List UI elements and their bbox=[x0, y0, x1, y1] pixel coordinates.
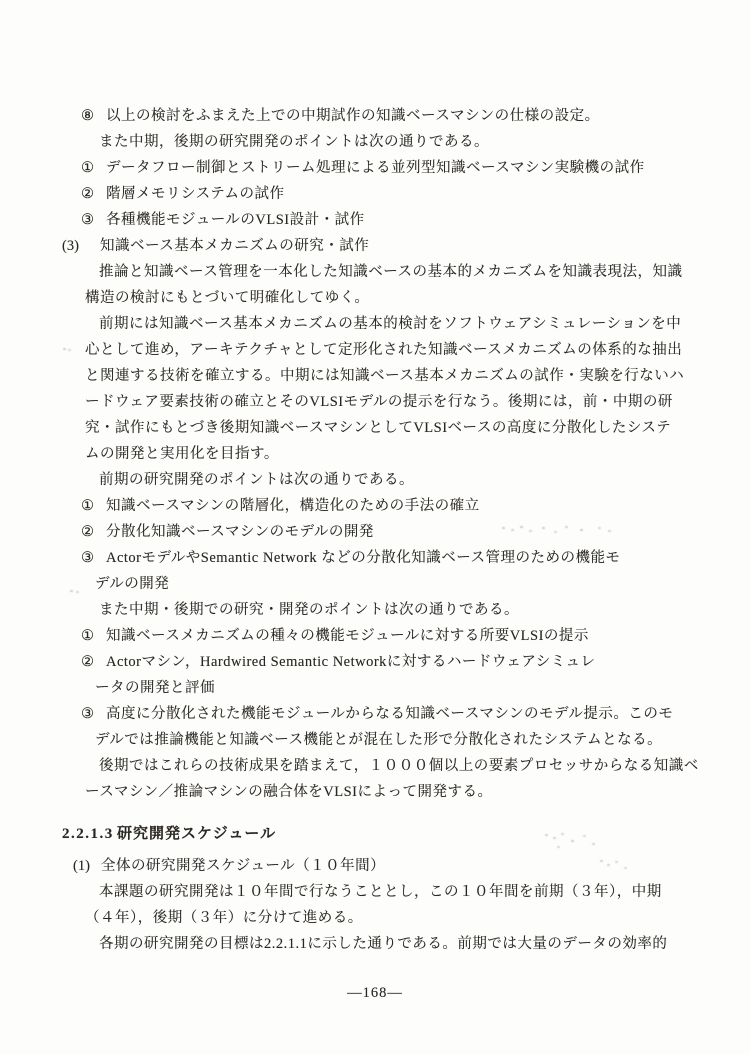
scan-artifact bbox=[63, 348, 66, 350]
line-text: デルの開発 bbox=[95, 576, 169, 592]
text-line: 前期には知識ベース基本メカニズムの基本的検討をソフトウェアシミュレーションを中 bbox=[0, 311, 750, 337]
list-item: ②Actorマシン，Hardwired Semantic Networkに対する… bbox=[0, 649, 750, 675]
text-line: ースマシン／推論マシンの融合体をVLSIによって開発する。 bbox=[0, 779, 750, 805]
line-text: ードウェア要素技術の確立とそのVLSIモデルの提示を行なう。後期には，前・中期の… bbox=[85, 394, 673, 410]
text-line: 構造の検討にもとづいて明確化してゆく。 bbox=[0, 285, 750, 311]
scan-artifact bbox=[600, 860, 603, 862]
line-text: 各種機能モジュールのVLSI設計・試作 bbox=[106, 212, 365, 228]
line-text: 推論と知識ベース管理を一本化した知識ベースの基本的メカニズムを知識表現法，知識 bbox=[99, 264, 683, 280]
line-text: 心として進め，アーキテクチャとして定形化された知識ベースメカニズムの体系的な抽出 bbox=[85, 342, 682, 358]
circled-number-marker: ② bbox=[81, 181, 106, 207]
scan-artifact bbox=[70, 590, 73, 592]
line-text: デルでは推論機能と知識ベース機能とが混在した形で分散化されたシステムとなる。 bbox=[95, 732, 662, 748]
text-line: 心として進め，アーキテクチャとして定形化された知識ベースメカニズムの体系的な抽出 bbox=[0, 337, 750, 363]
circled-number-marker: ⑧ bbox=[81, 103, 106, 129]
text-line: また中期・後期での研究・開発のポイントは次の通りである。 bbox=[0, 597, 750, 623]
scanned-document-page: ⑧以上の検討をふまえた上での中期試作の知識ベースマシンの仕様の設定。 また中期，… bbox=[0, 0, 750, 1054]
text-line: と関連する技術を確立する。中期には知識ベース基本メカニズムの試作・実験を行ないハ bbox=[0, 363, 750, 389]
list-item: (3)知識ベース基本メカニズムの研究・試作 bbox=[0, 233, 750, 259]
line-text: 分散化知識ベースマシンのモデルの開発 bbox=[106, 524, 374, 540]
line-text: 前期には知識ベース基本メカニズムの基本的検討をソフトウェアシミュレーションを中 bbox=[99, 316, 681, 332]
line-text: 階層メモリシステムの試作 bbox=[106, 186, 285, 202]
section-title: 研究開発スケジュール bbox=[117, 826, 276, 842]
line-text: 後期ではこれらの技術成果を踏まえて，１０００個以上の要素プロセッサからなる知識ベ bbox=[99, 758, 699, 774]
line-text: 知識ベース基本メカニズムの研究・試作 bbox=[100, 238, 369, 254]
text-line: 究・試作にもとづき後期知識ベースマシンとしてVLSIベースの高度に分散化したシス… bbox=[0, 415, 750, 441]
page-number: —168— bbox=[0, 985, 750, 1002]
line-text: ータの開発と評価 bbox=[95, 680, 215, 696]
section-heading: 2.2.1.3研究開発スケジュール bbox=[0, 821, 750, 847]
line-text: 知識ベースメカニズムの種々の機能モジュールに対する所要VLSIの提示 bbox=[106, 628, 589, 644]
list-item: ①知識ベースマシンの階層化，構造化のための手法の確立 bbox=[0, 493, 750, 519]
line-text: Actorマシン，Hardwired Semantic Networkに対するハ… bbox=[106, 654, 595, 670]
list-item: ①知識ベースメカニズムの種々の機能モジュールに対する所要VLSIの提示 bbox=[0, 623, 750, 649]
list-item: ③ActorモデルやSemantic Network などの分散化知識ベース管理… bbox=[0, 545, 750, 571]
circled-number-marker: ① bbox=[81, 155, 106, 181]
text-line: 推論と知識ベース管理を一本化した知識ベースの基本的メカニズムを知識表現法，知識 bbox=[0, 259, 750, 285]
line-text: （４年），後期（３年）に分けて進める。 bbox=[85, 910, 363, 926]
line-text: 究・試作にもとづき後期知識ベースマシンとしてVLSIベースの高度に分散化したシス… bbox=[85, 420, 671, 436]
list-item: ①データフロー制御とストリーム処理による並列型知識ベースマシン実験機の試作 bbox=[0, 155, 750, 181]
text-line: 後期ではこれらの技術成果を踏まえて，１０００個以上の要素プロセッサからなる知識ベ bbox=[0, 753, 750, 779]
scan-artifact bbox=[545, 834, 548, 836]
text-line: ータの開発と評価 bbox=[0, 675, 750, 701]
circled-number-marker: ③ bbox=[81, 207, 106, 233]
circled-number-marker: ② bbox=[81, 519, 106, 545]
text-line: ードウェア要素技術の確立とそのVLSIモデルの提示を行なう。後期には，前・中期の… bbox=[0, 389, 750, 415]
paren-number-marker: (3) bbox=[62, 233, 100, 259]
document-body: ⑧以上の検討をふまえた上での中期試作の知識ベースマシンの仕様の設定。 また中期，… bbox=[0, 0, 750, 1002]
line-text: ムの開発と実用化を目指す。 bbox=[85, 446, 279, 462]
list-item: ②階層メモリシステムの試作 bbox=[0, 181, 750, 207]
section-number: 2.2.1.3 bbox=[62, 821, 117, 847]
scan-artifact bbox=[502, 527, 505, 529]
text-line: デルでは推論機能と知識ベース機能とが混在した形で分散化されたシステムとなる。 bbox=[0, 727, 750, 753]
line-text: また中期，後期の研究開発のポイントは次の通りである。 bbox=[99, 134, 489, 150]
list-item: (1)全体の研究開発スケジュール（１０年間） bbox=[0, 853, 750, 879]
list-item: ②分散化知識ベースマシンのモデルの開発 bbox=[0, 519, 750, 545]
list-item: ③高度に分散化された機能モジュールからなる知識ベースマシンのモデル提示。このモ bbox=[0, 701, 750, 727]
text-line: 本課題の研究開発は１０年間で行なうこととし，この１０年間を前期（３年），中期 bbox=[0, 879, 750, 905]
line-text: 前期の研究開発のポイントは次の通りである。 bbox=[99, 472, 414, 488]
text-line: ムの開発と実用化を目指す。 bbox=[0, 441, 750, 467]
line-text: 高度に分散化された機能モジュールからなる知識ベースマシンのモデル提示。このモ bbox=[106, 706, 673, 722]
list-item: ③各種機能モジュールのVLSI設計・試作 bbox=[0, 207, 750, 233]
circled-number-marker: ① bbox=[81, 493, 106, 519]
circled-number-marker: ② bbox=[81, 649, 106, 675]
circled-number-marker: ③ bbox=[81, 545, 106, 571]
text-line: また中期，後期の研究開発のポイントは次の通りである。 bbox=[0, 129, 750, 155]
circled-number-marker: ③ bbox=[81, 701, 106, 727]
paren-number-marker: (1) bbox=[73, 853, 101, 879]
circled-number-marker: ① bbox=[81, 623, 106, 649]
line-text: 構造の検討にもとづいて明確化してゆく。 bbox=[85, 290, 369, 306]
text-line: 各期の研究開発の目標は2.2.1.1に示した通りである。前期では大量のデータの効… bbox=[0, 931, 750, 957]
line-text: 本課題の研究開発は１０年間で行なうこととし，この１０年間を前期（３年），中期 bbox=[99, 884, 662, 900]
text-line: 前期の研究開発のポイントは次の通りである。 bbox=[0, 467, 750, 493]
line-text: 知識ベースマシンの階層化，構造化のための手法の確立 bbox=[106, 498, 480, 514]
line-text: 以上の検討をふまえた上での中期試作の知識ベースマシンの仕様の設定。 bbox=[106, 108, 600, 124]
line-text: 全体の研究開発スケジュール（１０年間） bbox=[101, 858, 385, 874]
line-text: ActorモデルやSemantic Network などの分散化知識ベース管理の… bbox=[106, 550, 621, 566]
line-text: 各期の研究開発の目標は2.2.1.1に示した通りである。前期では大量のデータの効… bbox=[99, 936, 667, 952]
line-text: ースマシン／推論マシンの融合体をVLSIによって開発する。 bbox=[85, 784, 492, 800]
line-text: また中期・後期での研究・開発のポイントは次の通りである。 bbox=[99, 602, 519, 618]
line-text: と関連する技術を確立する。中期には知識ベース基本メカニズムの試作・実験を行ないハ bbox=[85, 368, 684, 384]
line-text: データフロー制御とストリーム処理による並列型知識ベースマシン実験機の試作 bbox=[106, 160, 645, 176]
list-item: ⑧以上の検討をふまえた上での中期試作の知識ベースマシンの仕様の設定。 bbox=[0, 103, 750, 129]
text-line: （４年），後期（３年）に分けて進める。 bbox=[0, 905, 750, 931]
text-line: デルの開発 bbox=[0, 571, 750, 597]
